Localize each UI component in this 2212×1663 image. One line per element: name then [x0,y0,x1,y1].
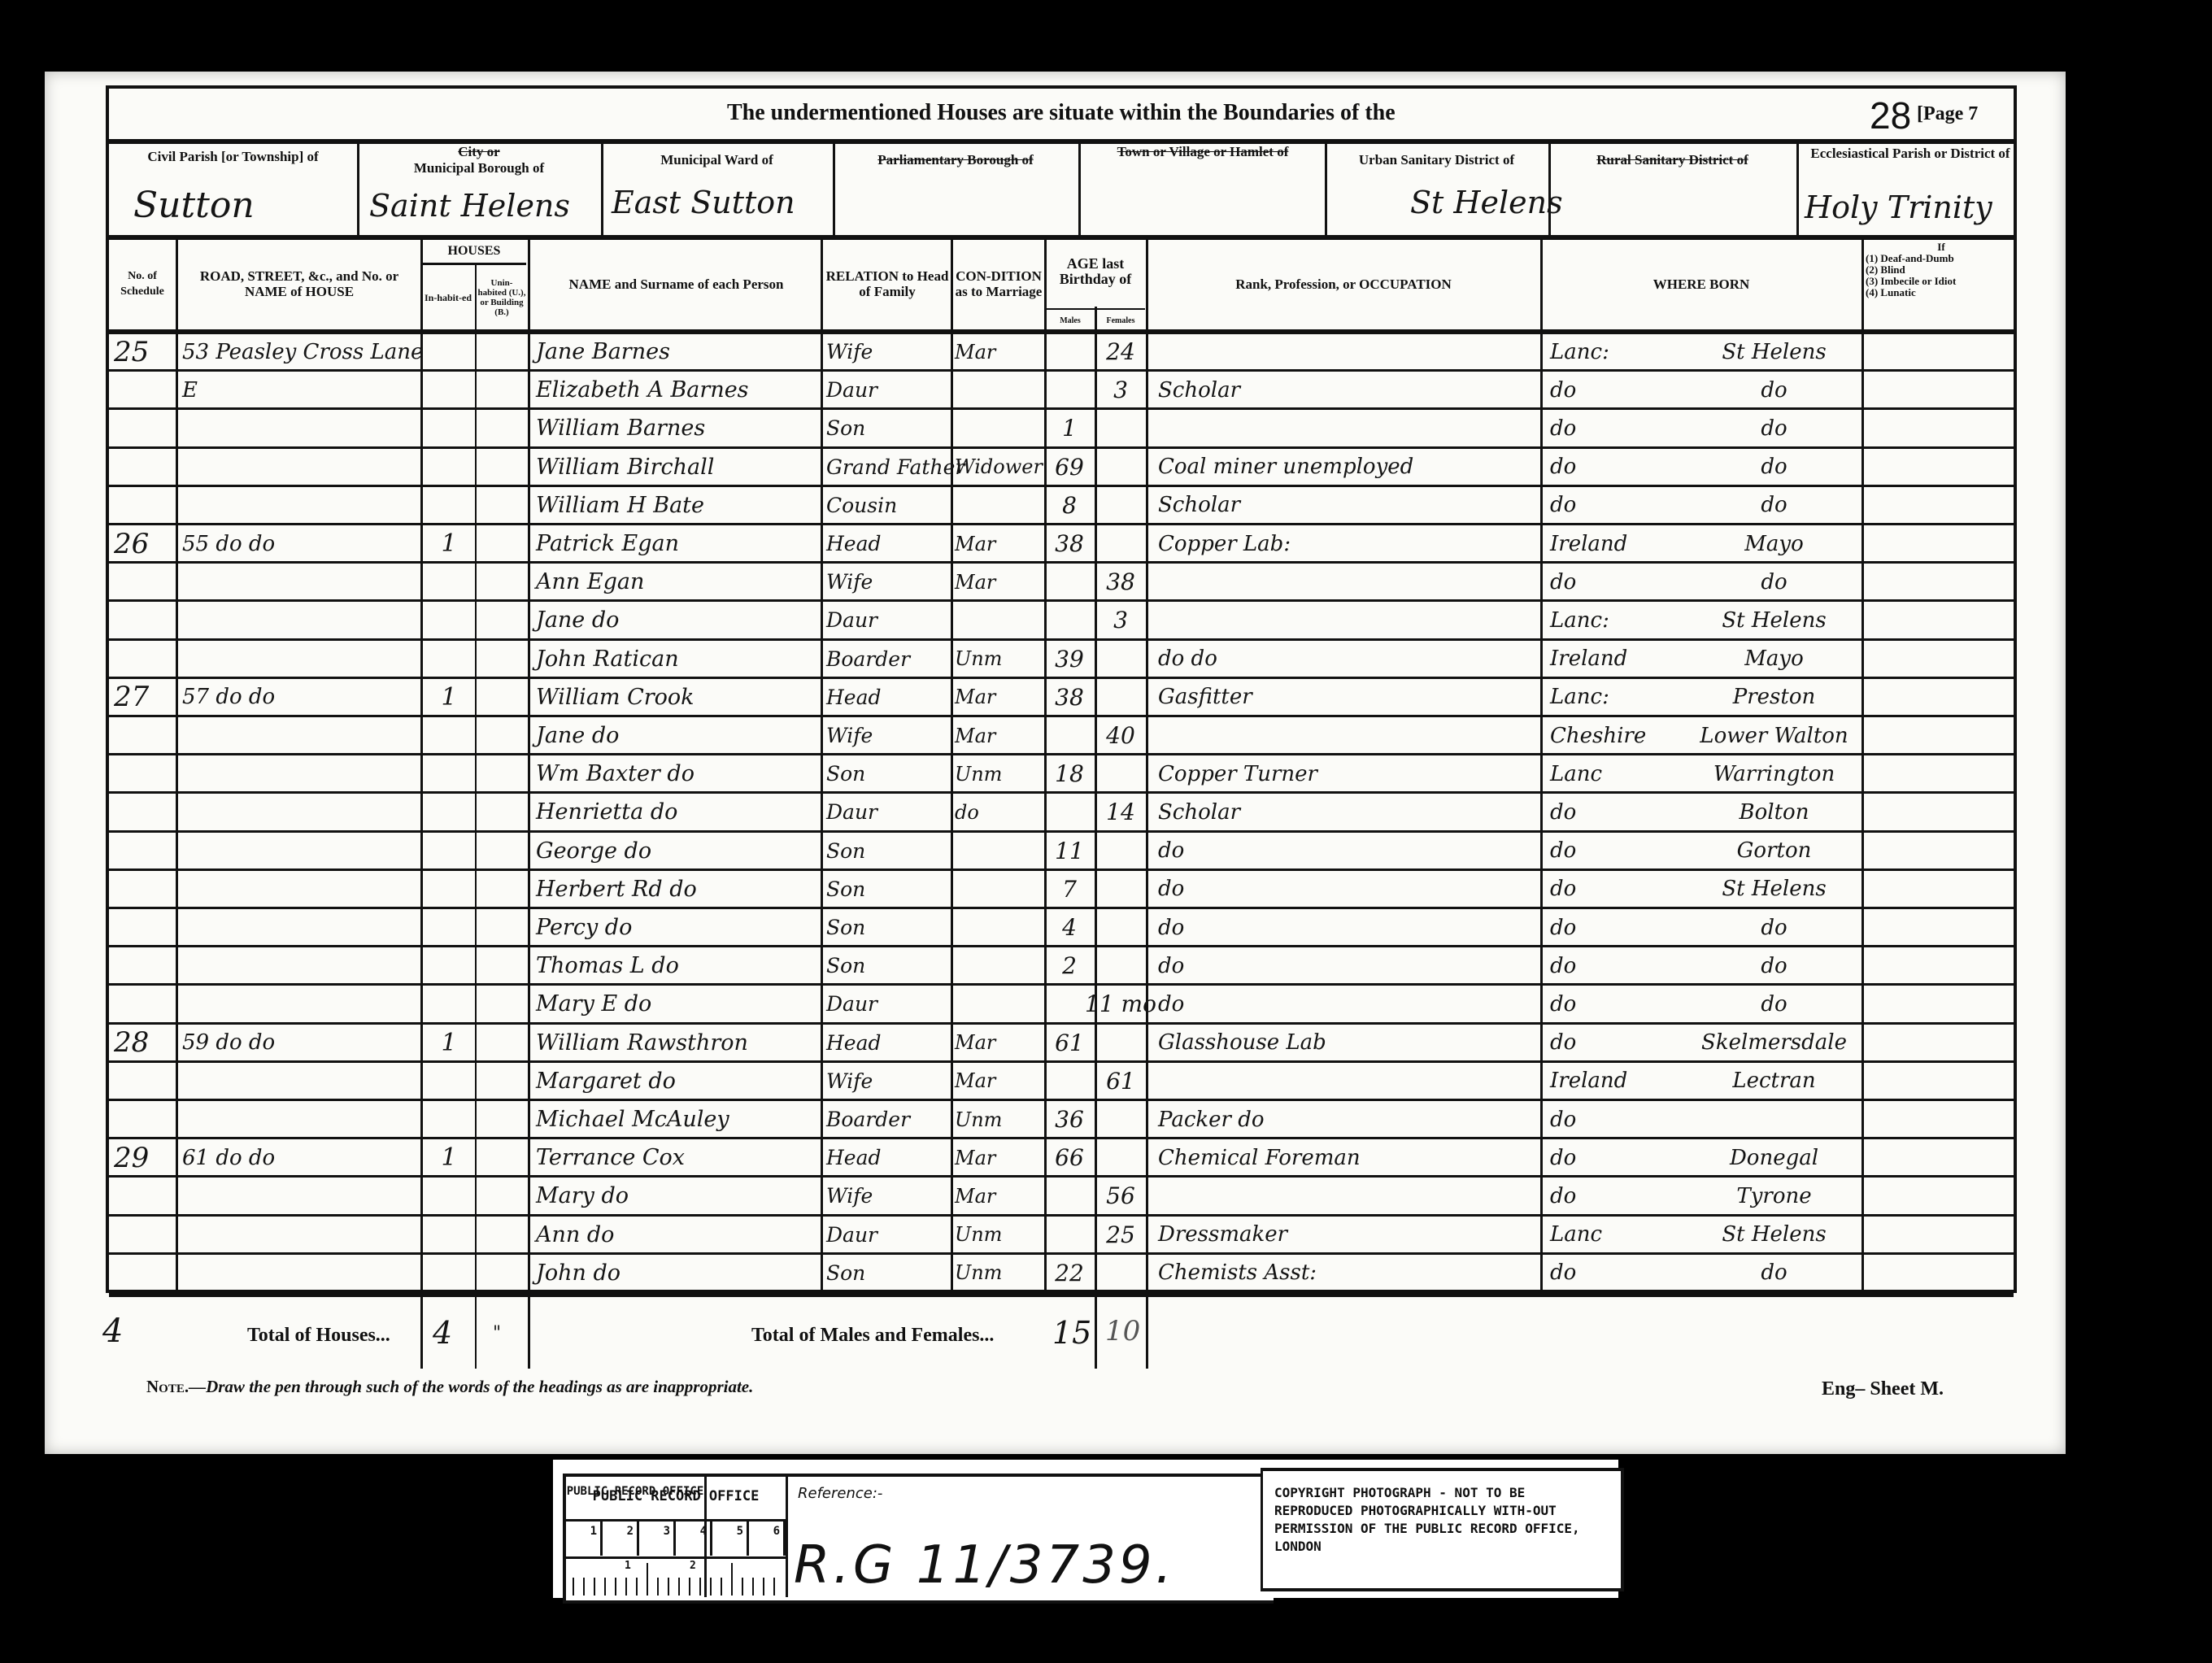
birthplace-town: Mayo [1691,525,1857,563]
road-address [182,640,418,678]
road-address: E [182,371,418,409]
male-age [1046,1216,1093,1254]
table-row: George doSon11dodoGorton [109,832,2014,870]
condition: Unm [955,1216,1043,1254]
birthplace-county: do [1550,1100,1688,1138]
inhabited-count [425,755,473,793]
inhabited-count [425,1254,473,1292]
condition: Unm [955,1100,1043,1138]
schedule-number: 29 [114,1138,172,1177]
relation: Son [826,409,948,447]
inhabited-count [425,640,473,678]
male-age: 38 [1046,678,1093,716]
table-row: Mary E doDaur11 modododo [109,985,2014,1023]
birthplace-county: do [1550,947,1688,985]
birthplace-county: Ireland [1550,525,1688,563]
road-address [182,793,418,831]
birthplace-county: do [1550,1024,1688,1062]
inhabited-count [425,1216,473,1254]
ruler-tick [721,1578,722,1596]
schedule-number [114,985,172,1023]
condition [955,486,1043,525]
col-road: ROAD, STREET, &c., and No. or NAME of HO… [178,238,420,329]
person-name: Thomas L do [536,947,821,985]
person-name: Herbert Rd do [536,870,821,908]
person-name: Jane do [536,601,821,639]
female-age [1097,448,1144,486]
inhabited-count [425,985,473,1023]
birthplace-county: Ireland [1550,1062,1688,1100]
inhabited-count [425,1100,473,1138]
schedule-number [114,640,172,678]
table-row: EElizabeth A BarnesDaur3Scholardodo [109,371,2014,409]
male-age: 4 [1046,908,1093,947]
table-row: Herbert Rd doSon7dodoSt Helens [109,870,2014,908]
relation: Son [826,832,948,870]
person-name: Elizabeth A Barnes [536,371,821,409]
relation: Wife [826,1062,948,1100]
table-row: Percy doSon4dododo [109,908,2014,947]
inhabited-count [425,448,473,486]
male-age: 18 [1046,755,1093,793]
road-address [182,1254,418,1292]
female-age: 3 [1097,371,1144,409]
birthplace-county: Lanc [1550,755,1688,793]
relation: Daur [826,985,948,1023]
male-age [1046,333,1093,371]
birthplace-county: do [1550,563,1688,601]
table-row: William BarnesSon1dodo [109,409,2014,447]
birthplace-town: Bolton [1691,793,1857,831]
road-address [182,832,418,870]
total-males: 15 [1052,1315,1091,1351]
schedule-number [114,947,172,985]
birthplace-county: Cheshire [1550,716,1688,755]
birthplace-town: do [1691,409,1857,447]
schedule-number [114,409,172,447]
occupation: do [1158,832,1532,870]
schedule-number: 28 [114,1024,172,1062]
birthplace-town [1691,1100,1857,1138]
condition: Widower [955,448,1043,486]
condition [955,601,1043,639]
road-address: 53 Peasley Cross Lane [182,333,418,371]
schedule-number: 26 [114,525,172,563]
col-where-born: WHERE BORN [1542,238,1861,329]
person-name: Percy do [536,908,821,947]
male-age: 61 [1046,1024,1093,1062]
birthplace-town: Skelmersdale [1691,1024,1857,1062]
note-text: —Draw the pen through such of the words … [189,1377,753,1396]
birthplace-county: do [1550,1254,1688,1292]
inhabited-count [425,601,473,639]
condition [955,985,1043,1023]
inhabited-count: 1 [425,1024,473,1062]
condition: Mar [955,525,1043,563]
schedule-number [114,448,172,486]
inhabited-count [425,870,473,908]
relation: Wife [826,333,948,371]
inhabited-count [425,563,473,601]
condition: Mar [955,1138,1043,1177]
male-age: 7 [1046,870,1093,908]
birthplace-town: do [1691,371,1857,409]
table-row: John doSonUnm22Chemists Asst:dodo [109,1254,2014,1292]
table-row: Jane doWifeMar40CheshireLower Walton [109,716,2014,755]
schedule-number [114,870,172,908]
copyright-notice: COPYRIGHT PHOTOGRAPH - NOT TO BE REPRODU… [1274,1484,1608,1556]
person-name: George do [536,832,821,870]
municipal-borough-label: Municipal Borough of [357,160,601,176]
road-address [182,947,418,985]
male-age [1046,563,1093,601]
female-age [1097,947,1144,985]
birthplace-town: do [1691,486,1857,525]
col-houses: HOUSES [422,238,526,265]
ecclesiastical-parish-label: Ecclesiastical Parish or District of [1801,146,2020,161]
ruler-tick [699,1578,701,1596]
birthplace-town: Gorton [1691,832,1857,870]
relation: Boarder [826,640,948,678]
condition: Mar [955,1177,1043,1215]
occupation: Packer do [1158,1100,1532,1138]
relation: Wife [826,1177,948,1215]
occupation: Scholar [1158,486,1532,525]
occupation: do [1158,947,1532,985]
occupation: do do [1158,640,1532,678]
table-row: 2859 do do1William RawsthronHeadMar61Gla… [109,1024,2014,1062]
schedule-number [114,1062,172,1100]
ruler-mark: 4 [676,1522,712,1556]
ruler-inch-mark: 1 [625,1560,631,1572]
table-row: William BirchallGrand FatherWidower69Coa… [109,448,2014,486]
road-address [182,563,418,601]
road-address: 57 do do [182,678,418,716]
male-age [1046,1177,1093,1215]
condition: Mar [955,1024,1043,1062]
relation: Head [826,678,948,716]
birthplace-town: Mayo [1691,640,1857,678]
public-record-office-label: PUBLIC RECORD OFFICE [566,1488,786,1504]
table-row: Jane doDaur3Lanc:St Helens [109,601,2014,639]
ecclesiastical-parish-value: Holy Trinity [1805,189,1992,225]
birthplace-county: do [1550,908,1688,947]
infirmity-blind: (2) Blind [1866,264,2017,276]
birthplace-town: Warrington [1691,755,1857,793]
inhabited-count: 1 [425,1138,473,1177]
occupation: Scholar [1158,793,1532,831]
table-row: 2757 do do1William CrookHeadMar38Gasfitt… [109,678,2014,716]
occupation [1158,716,1532,755]
inhabited-count [425,908,473,947]
inhabited-count [425,716,473,755]
ruler-mark: 1 [566,1522,603,1556]
condition: Mar [955,563,1043,601]
page-title: The undermentioned Houses are situate wi… [727,100,1396,126]
condition [955,870,1043,908]
condition: Mar [955,1062,1043,1100]
person-name: Margaret do [536,1062,821,1100]
road-address: 59 do do [182,1024,418,1062]
road-address [182,716,418,755]
schedule-number [114,601,172,639]
urban-sanitary-value: St Helens [1410,185,1563,220]
birthplace-town: do [1691,448,1857,486]
birthplace-town: St Helens [1691,870,1857,908]
road-address [182,1216,418,1254]
birthplace-county: do [1550,985,1688,1023]
table-row: Wm Baxter doSonUnm18Copper TurnerLancWar… [109,755,2014,793]
birthplace-town: Tyrone [1691,1177,1857,1215]
female-age [1097,870,1144,908]
ruler-mark: 2 [603,1522,639,1556]
relation: Daur [826,793,948,831]
birthplace-county: Ireland [1550,640,1688,678]
table-row: 2655 do do1Patrick EganHeadMar38Copper L… [109,525,2014,563]
birthplace-town: St Helens [1691,333,1857,371]
person-name: Ann Egan [536,563,821,601]
female-age [1097,409,1144,447]
inhabited-count [425,371,473,409]
copyright-box: COPYRIGHT PHOTOGRAPH - NOT TO BE REPRODU… [1261,1468,1624,1591]
road-address [182,755,418,793]
female-age: 61 [1097,1062,1144,1100]
occupation: Copper Turner [1158,755,1532,793]
relation: Head [826,525,948,563]
occupation: Gasfitter [1158,678,1532,716]
inhabited-count [425,486,473,525]
parliamentary-borough-label-struck: Parliamentary Borough of [833,152,1078,168]
table-row: Ann doDaurUnm25DressmakerLancSt Helens [109,1216,2014,1254]
female-age: 11 mo [1097,985,1144,1023]
divider [1078,142,1081,235]
ruler-mark: 3 [639,1522,676,1556]
civil-parish-label: Civil Parish [or Township] of [109,149,357,164]
municipal-ward-label: Municipal Ward of [601,152,833,168]
female-age [1097,1138,1144,1177]
ruler-tick [657,1578,659,1596]
relation: Daur [826,371,948,409]
inhabited-count [425,832,473,870]
female-age [1097,832,1144,870]
page-label: [Page 7 [1917,103,1978,125]
condition: do [955,793,1043,831]
town-village-label-struck: Town or Village or Hamlet of [1085,144,1321,159]
male-age [1046,371,1093,409]
birthplace-town: Preston [1691,678,1857,716]
occupation: Chemists Asst: [1158,1254,1532,1292]
birthplace-county: Lanc: [1550,601,1688,639]
folio-number: 28 [1870,94,1911,137]
ruler-tick [731,1563,733,1596]
male-age: 2 [1046,947,1093,985]
road-address [182,908,418,947]
female-age [1097,1254,1144,1292]
occupation: Chemical Foreman [1158,1138,1532,1177]
female-age [1097,1100,1144,1138]
person-name: William Birchall [536,448,821,486]
ruler-mark: 5 [712,1522,749,1556]
ruler-tick [689,1578,690,1596]
schedule-number [114,716,172,755]
female-age [1097,486,1144,525]
road-address [182,1100,418,1138]
relation: Boarder [826,1100,948,1138]
schedule-number [114,793,172,831]
male-age: 22 [1046,1254,1093,1292]
col-occupation: Rank, Profession, or OCCUPATION [1148,238,1539,329]
female-age [1097,678,1144,716]
total-houses-uninhabited: " [493,1323,501,1343]
birthplace-town: Lectran [1691,1062,1857,1100]
occupation: Dressmaker [1158,1216,1532,1254]
female-age: 3 [1097,601,1144,639]
col-age: AGE last Birthday of [1046,238,1145,305]
schedule-number [114,486,172,525]
condition: Unm [955,640,1043,678]
ruler-tick [573,1578,574,1596]
ruler-tick [594,1578,595,1596]
table-row: Mary doWifeMar56doTyrone [109,1177,2014,1215]
condition [955,908,1043,947]
male-age [1046,793,1093,831]
total-houses-label: Total of Houses... [247,1325,390,1347]
road-address [182,448,418,486]
schedule-number: 27 [114,678,172,716]
person-name: William Rawsthron [536,1024,821,1062]
road-address [182,486,418,525]
person-name: Henrietta do [536,793,821,831]
person-name: Wm Baxter do [536,755,821,793]
table-row: Margaret doWifeMar61IrelandLectran [109,1062,2014,1100]
table-row: 2961 do do1Terrance CoxHeadMar66Chemical… [109,1138,2014,1177]
schedule-number [114,1100,172,1138]
female-age: 56 [1097,1177,1144,1215]
person-name: Ann do [536,1216,821,1254]
inhabited-count [425,1062,473,1100]
male-age [1046,601,1093,639]
civil-parish-value: Sutton [133,185,255,226]
male-age: 69 [1046,448,1093,486]
inhabited-count [425,409,473,447]
occupation [1158,601,1532,639]
birthplace-town: do [1691,563,1857,601]
birthplace-county: do [1550,409,1688,447]
birthplace-town: do [1691,1254,1857,1292]
record-card: PUBLIC RECORD OFFICE 123456 12 PUBLIC RE… [563,1474,1274,1604]
schedule-number [114,1177,172,1215]
relation: Grand Father [826,448,948,486]
table-row: John RaticanBoarderUnm39do doIrelandMayo [109,640,2014,678]
schedule-number [114,563,172,601]
ruler-tick [647,1563,648,1596]
relation: Daur [826,1216,948,1254]
female-age: 25 [1097,1216,1144,1254]
col-infirmity: If (1) Deaf-and-Dumb (2) Blind (3) Imbec… [1866,242,2017,298]
schedule-number [114,832,172,870]
ruler-tick [752,1578,754,1596]
male-age: 1 [1046,409,1093,447]
reference-label: Reference:- [798,1485,882,1502]
birthplace-county: Lanc: [1550,678,1688,716]
male-age: 8 [1046,486,1093,525]
infirmity-if: If [1866,242,2017,253]
ruler-tick [583,1578,585,1596]
household-table: 2553 Peasley Cross LaneJane BarnesWifeMa… [109,333,2014,1292]
col-males: Males [1046,308,1095,331]
ruler-tick [615,1578,616,1596]
ruler-tick [625,1578,627,1596]
occupation [1158,563,1532,601]
road-address [182,985,418,1023]
relation: Son [826,1254,948,1292]
divider [1796,142,1799,235]
birthplace-county: Lanc: [1550,333,1688,371]
person-name: Patrick Egan [536,525,821,563]
relation: Son [826,908,948,947]
person-name: William H Bate [536,486,821,525]
birthplace-county: Lanc [1550,1216,1688,1254]
female-age: 14 [1097,793,1144,831]
ruler-tick [742,1578,743,1596]
birthplace-county: do [1550,448,1688,486]
note-prefix: Note. [146,1377,189,1396]
road-address [182,1062,418,1100]
road-address: 61 do do [182,1138,418,1177]
table-row: 2553 Peasley Cross LaneJane BarnesWifeMa… [109,333,2014,371]
birthplace-town: Donegal [1691,1138,1857,1177]
birthplace-town: St Helens [1691,601,1857,639]
occupation: do [1158,870,1532,908]
male-age: 36 [1046,1100,1093,1138]
male-age: 11 [1046,832,1093,870]
relation: Head [826,1138,948,1177]
ruler-tick [604,1578,606,1596]
inhabited-count [425,793,473,831]
occupation: Copper Lab: [1158,525,1532,563]
ruler-tick [773,1578,775,1596]
rural-sanitary-label-struck: Rural Sanitary District of [1548,152,1796,168]
male-age: 66 [1046,1138,1093,1177]
col-females: Females [1096,308,1145,331]
condition [955,409,1043,447]
female-age: 38 [1097,563,1144,601]
birthplace-town: do [1691,985,1857,1023]
occupation: do [1158,908,1532,947]
male-age [1046,716,1093,755]
road-address [182,1177,418,1215]
city-label-struck: City or [357,144,601,159]
birthplace-county: do [1550,1177,1688,1215]
person-name: Terrance Cox [536,1138,821,1177]
table-row: William H BateCousin8Scholardodo [109,486,2014,525]
schedule-number [114,1254,172,1292]
footer-note: Note.—Draw the pen through such of the w… [146,1377,753,1397]
birthplace-town: do [1691,947,1857,985]
inhabited-count: 1 [425,525,473,563]
ruler-cm-scale: 123456 [566,1522,786,1556]
birthplace-county: do [1550,371,1688,409]
inhabited-count: 1 [425,678,473,716]
road-address [182,409,418,447]
birthplace-town: St Helens [1691,1216,1857,1254]
birthplace-county: do [1550,793,1688,831]
table-row: Michael McAuleyBoarderUnm36Packer dodo [109,1100,2014,1138]
condition [955,371,1043,409]
relation: Son [826,947,948,985]
occupation [1158,1062,1532,1100]
person-name: John Ratican [536,640,821,678]
